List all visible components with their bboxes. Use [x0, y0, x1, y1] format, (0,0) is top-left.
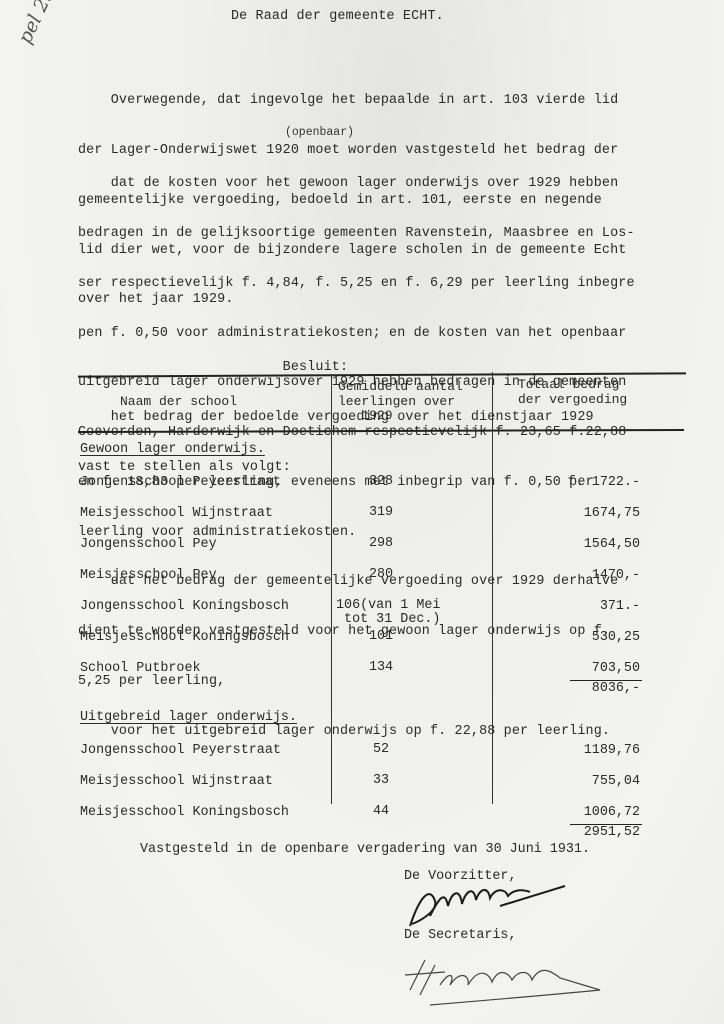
document-page: pel 29 De Raad der gemeente ECHT. Overwe…	[0, 0, 724, 1024]
amount: 1189,76	[510, 743, 640, 759]
school-name: Meisjesschool Wijnstraat	[80, 506, 273, 522]
column-divider-2	[492, 372, 493, 804]
pupil-count: 319	[336, 506, 426, 520]
school-name: School Putbroek	[80, 661, 201, 677]
section-total: 2951,52	[510, 825, 640, 841]
amount: 1674,75	[510, 506, 640, 522]
pupil-count: 52	[336, 743, 426, 757]
school-name: Meisjesschool Koningsbosch	[80, 805, 289, 821]
pupil-count: 33	[336, 774, 426, 788]
school-name: Jongensschool Pey	[80, 537, 217, 553]
amount: 755,04	[510, 774, 640, 790]
school-name: Jongensschool Koningsbosch	[80, 599, 289, 615]
header-total-amount: Totaal bedrag der vergoeding	[518, 378, 627, 407]
header-pupil-count: Gemiddeld aantal leerlingen over 1929	[338, 380, 463, 424]
section-heading: Gewoon lager onderwijs.	[80, 442, 265, 458]
pupil-count: 101	[336, 630, 426, 644]
chairman-signature	[390, 876, 590, 936]
adoption-statement: Vastgesteld in de openbare vergadering v…	[140, 842, 590, 857]
pupil-count: 134	[336, 661, 426, 675]
header-school-name: Naam der school	[120, 395, 237, 410]
amount: 1006,72	[510, 805, 640, 821]
secretary-signature	[400, 950, 630, 1020]
pupil-count: 298	[336, 537, 426, 551]
amount: 530,25	[510, 630, 640, 646]
amount: 1564,50	[510, 537, 640, 553]
handwritten-insertion: (openbaar)	[285, 126, 354, 139]
school-name: Meisjesschool Koningsbosch	[80, 630, 289, 646]
school-name: Jongensschool Peyerstraat	[80, 743, 281, 759]
document-title: De Raad der gemeente ECHT.	[231, 9, 444, 26]
pupil-count: 328	[336, 475, 426, 489]
amount: 371.-	[510, 599, 640, 615]
section-heading: Uitgebreid lager onderwijs.	[80, 710, 297, 726]
school-name: Meisjesschool Pey	[80, 568, 217, 584]
section-total: 8036,-	[510, 681, 640, 697]
pupil-count: 280	[336, 568, 426, 582]
amount: 703,50	[510, 661, 640, 677]
column-divider-1	[331, 374, 332, 804]
school-name: Meisjesschool Wijnstraat	[80, 774, 273, 790]
handwritten-margin-note: pel 29	[14, 0, 59, 47]
pupil-count: 44	[336, 805, 426, 819]
school-name: Jongensschool Peyerstraat	[80, 475, 281, 491]
amount: f. 1722.-	[510, 475, 640, 491]
amount: 1470,-	[510, 568, 640, 584]
pupil-count: 106(van 1 Mei tot 31 Dec.)	[336, 599, 486, 627]
